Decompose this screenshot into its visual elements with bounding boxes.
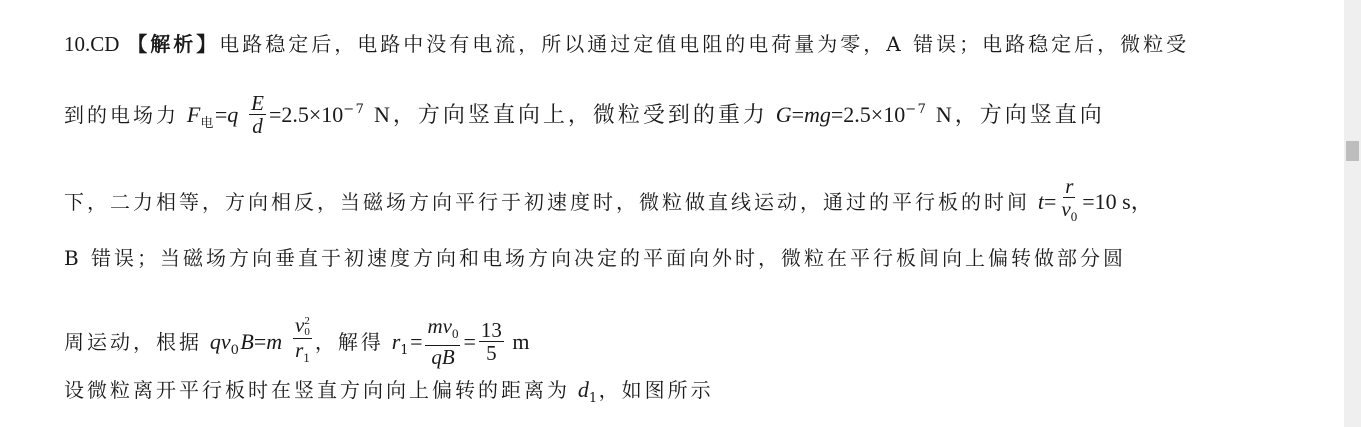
answer-choice: CD bbox=[90, 32, 119, 56]
fraction-mv0-over-qB: mv0 qB bbox=[425, 315, 460, 368]
fraction-numerator: r bbox=[1063, 175, 1075, 198]
force-subscript: 电 bbox=[200, 116, 215, 131]
radius-subscript: 1 bbox=[400, 343, 410, 358]
charge-symbol: q bbox=[210, 329, 221, 354]
equals: = bbox=[254, 329, 266, 354]
value-gravity: =2.5×10 bbox=[831, 102, 905, 127]
line-2-suffix: N，方向竖直向 bbox=[927, 102, 1104, 127]
velocity-symbol: v bbox=[221, 329, 231, 354]
equals: = bbox=[792, 102, 804, 127]
subscript-zero: 0 bbox=[304, 327, 310, 338]
charge-symbol: q bbox=[227, 102, 238, 127]
line-3-prefix: 下，二力相等，方向相反，当磁场方向平行于初速度时，微粒做直线运动，通过的平行板的… bbox=[64, 190, 1030, 214]
equals: = bbox=[215, 102, 227, 127]
radius-subscript: 1 bbox=[303, 350, 310, 365]
fraction-13-over-5: 13 5 bbox=[479, 319, 504, 364]
line-2-middle: N，方向竖直向上，微粒受到的重力 bbox=[365, 102, 767, 127]
equals: = bbox=[1044, 189, 1056, 214]
fraction-denominator: qB bbox=[429, 346, 456, 368]
fraction-r-over-v0: r v0 bbox=[1059, 175, 1079, 228]
line-5-middle: ，解得 bbox=[315, 330, 384, 354]
analysis-tag: 【解析】 bbox=[127, 32, 219, 56]
line-1-text: 电路稳定后，电路中没有电流，所以通过定值电阻的电荷量为零，A 错误；电路稳定后，… bbox=[219, 32, 1189, 56]
field-symbol: B bbox=[240, 329, 253, 354]
vertical-scrollbar[interactable] bbox=[1344, 0, 1361, 427]
fraction-numerator: mv bbox=[427, 314, 452, 338]
distance-subscript: 1 bbox=[589, 391, 599, 406]
fraction-numerator: 13 bbox=[479, 319, 504, 342]
equals: = bbox=[410, 329, 422, 354]
gravity-symbol: G bbox=[776, 102, 792, 127]
line-6-prefix: 设微粒离开平行板时在竖直方向向上偏转的距离为 bbox=[64, 378, 570, 402]
value-electric-force: =2.5×10 bbox=[269, 102, 343, 127]
velocity-subscript: 0 bbox=[231, 343, 241, 358]
line-6-suffix: ，如图所示 bbox=[599, 378, 714, 402]
document-page: 10.CD 【解析】电路稳定后，电路中没有电流，所以通过定值电阻的电荷量为零，A… bbox=[0, 0, 1344, 427]
fraction-numerator: E bbox=[249, 92, 266, 115]
mass-symbol: m bbox=[266, 329, 282, 354]
fraction-v0sq-over-r1: v20 r1 bbox=[293, 314, 312, 369]
force-symbol: F bbox=[187, 102, 200, 127]
unit-meter: m bbox=[507, 329, 530, 354]
exponent: −7 bbox=[343, 102, 365, 117]
value-time: =10 s， bbox=[1082, 189, 1152, 214]
question-number: 10. bbox=[64, 32, 90, 56]
exponent: −7 bbox=[905, 102, 927, 117]
velocity-symbol: v bbox=[295, 313, 304, 337]
text-line-4: B 错误；当磁场方向垂直于初速度方向和电场方向决定的平面向外时，微粒在平行板间向… bbox=[64, 246, 1126, 270]
equals: = bbox=[463, 329, 475, 354]
distance-symbol: d bbox=[578, 377, 589, 402]
text-line-6: 设微粒离开平行板时在竖直方向向上偏转的距离为 d1，如图所示 bbox=[64, 378, 714, 411]
mg-symbol: mg bbox=[804, 102, 831, 127]
text-line-3: 下，二力相等，方向相反，当磁场方向平行于初速度时，微粒做直线运动，通过的平行板的… bbox=[64, 177, 1153, 230]
line-4-text: B 错误；当磁场方向垂直于初速度方向和电场方向决定的平面向外时，微粒在平行板间向… bbox=[64, 246, 1126, 270]
radius-symbol: r bbox=[392, 329, 401, 354]
text-line-1: 10.CD 【解析】电路稳定后，电路中没有电流，所以通过定值电阻的电荷量为零，A… bbox=[64, 32, 1189, 56]
fraction-denominator: 5 bbox=[484, 342, 499, 364]
line-5-prefix: 周运动，根据 bbox=[64, 330, 202, 354]
fraction-E-over-d: E d bbox=[249, 92, 266, 137]
text-line-5: 周运动，根据 qv0B=m v20 r1 ，解得 r1= mv0 qB = 13… bbox=[64, 316, 530, 371]
velocity-symbol: v bbox=[1061, 197, 1070, 221]
velocity-subscript: 0 bbox=[452, 326, 459, 341]
line-2-prefix: 到的电场力 bbox=[64, 103, 179, 127]
fraction-denominator: d bbox=[250, 115, 265, 137]
scrollbar-thumb[interactable] bbox=[1346, 141, 1359, 161]
velocity-subscript: 0 bbox=[1071, 209, 1078, 224]
text-line-2: 到的电场力 F电=q E d =2.5×10−7 N，方向竖直向上，微粒受到的重… bbox=[64, 94, 1105, 139]
